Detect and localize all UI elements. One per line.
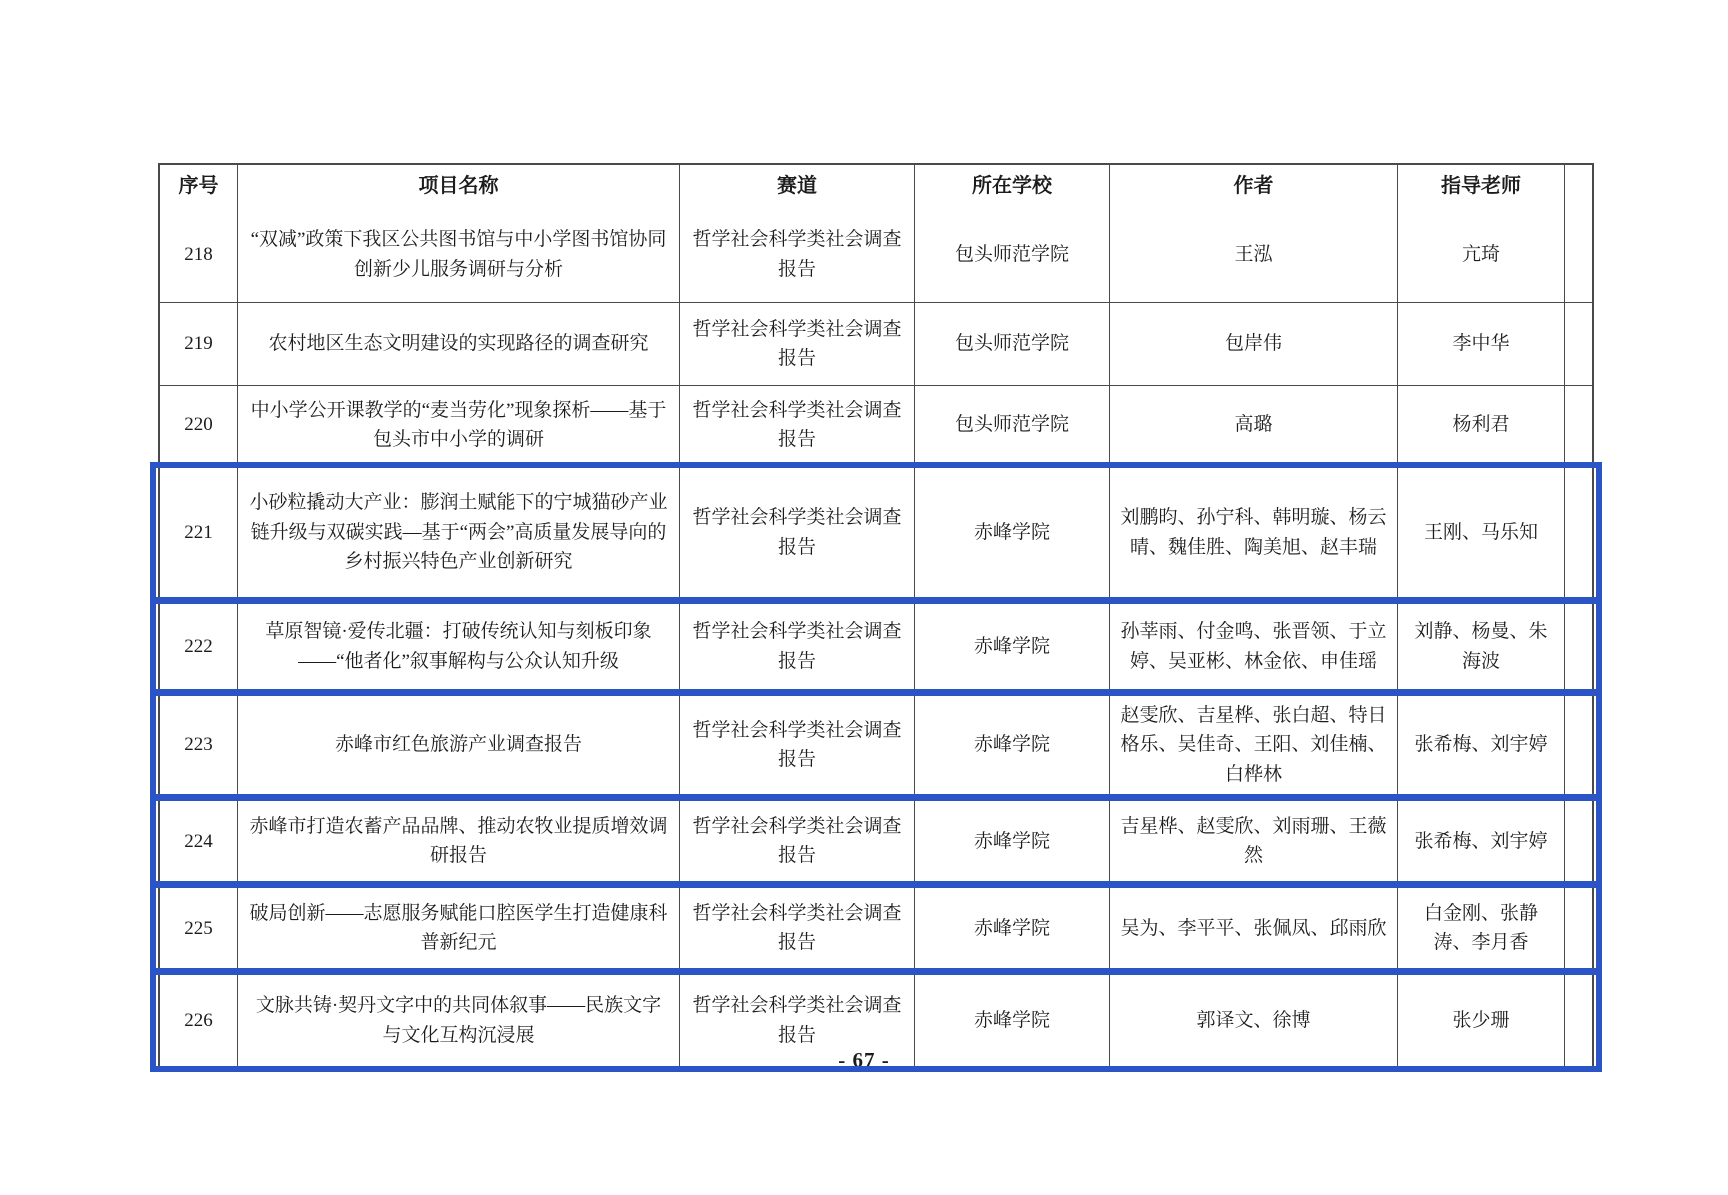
cell-spacer <box>1564 601 1592 692</box>
cell-spacer <box>1564 465 1592 600</box>
cell-authors: 王泓 <box>1109 207 1397 302</box>
cell-spacer <box>1564 798 1592 884</box>
cell-project: 赤峰市红色旅游产业调查报告 <box>237 693 679 797</box>
cell-school: 包头师范学院 <box>914 303 1109 385</box>
cell-no: 221 <box>160 465 237 600</box>
cell-school: 赤峰学院 <box>914 693 1109 797</box>
cell-no: 219 <box>160 303 237 385</box>
cell-project: 小砂粒撬动大产业：膨润土赋能下的宁城猫砂产业链升级与双碳实践—基于“两会”高质量… <box>237 465 679 600</box>
cell-teachers: 刘静、杨曼、朱海波 <box>1397 601 1564 692</box>
document-page: 序号项目名称赛道所在学校作者指导老师 218“双减”政策下我区公共图书馆与中小学… <box>0 0 1728 1195</box>
cell-teachers: 亢琦 <box>1397 207 1564 302</box>
table-header-row: 序号项目名称赛道所在学校作者指导老师 <box>160 165 1592 207</box>
cell-track: 哲学社会科学类社会调查报告 <box>679 798 914 884</box>
cell-no: 224 <box>160 798 237 884</box>
cell-track: 哲学社会科学类社会调查报告 <box>679 465 914 600</box>
cell-no: 225 <box>160 885 237 971</box>
column-header-school: 所在学校 <box>914 165 1109 207</box>
cell-school: 包头师范学院 <box>914 386 1109 464</box>
cell-spacer <box>1564 386 1592 464</box>
cell-teachers: 李中华 <box>1397 303 1564 385</box>
cell-track: 哲学社会科学类社会调查报告 <box>679 303 914 385</box>
table-body: 218“双减”政策下我区公共图书馆与中小学图书馆协同创新少儿服务调研与分析哲学社… <box>160 207 1592 1069</box>
cell-spacer <box>1564 885 1592 971</box>
cell-track: 哲学社会科学类社会调查报告 <box>679 207 914 302</box>
awards-table: 序号项目名称赛道所在学校作者指导老师 218“双减”政策下我区公共图书馆与中小学… <box>158 163 1594 1071</box>
cell-project: 农村地区生态文明建设的实现路径的调查研究 <box>237 303 679 385</box>
table-row-225: 225破局创新——志愿服务赋能口腔医学生打造健康科普新纪元哲学社会科学类社会调查… <box>160 884 1592 971</box>
column-header-project: 项目名称 <box>237 165 679 207</box>
cell-project: 中小学公开课教学的“麦当劳化”现象探析——基于包头市中小学的调研 <box>237 386 679 464</box>
column-header-no: 序号 <box>160 165 237 207</box>
cell-no: 222 <box>160 601 237 692</box>
table-row-221: 221小砂粒撬动大产业：膨润土赋能下的宁城猫砂产业链升级与双碳实践—基于“两会”… <box>160 464 1592 600</box>
cell-teachers: 张希梅、刘宇婷 <box>1397 693 1564 797</box>
cell-school: 赤峰学院 <box>914 465 1109 600</box>
cell-teachers: 杨利君 <box>1397 386 1564 464</box>
cell-no: 223 <box>160 693 237 797</box>
cell-track: 哲学社会科学类社会调查报告 <box>679 386 914 464</box>
cell-teachers: 白金刚、张静涛、李月香 <box>1397 885 1564 971</box>
cell-no: 218 <box>160 207 237 302</box>
cell-authors: 包岸伟 <box>1109 303 1397 385</box>
cell-authors: 高璐 <box>1109 386 1397 464</box>
table-row-218: 218“双减”政策下我区公共图书馆与中小学图书馆协同创新少儿服务调研与分析哲学社… <box>160 207 1592 302</box>
cell-teachers: 张希梅、刘宇婷 <box>1397 798 1564 884</box>
cell-track: 哲学社会科学类社会调查报告 <box>679 693 914 797</box>
page-number: - 67 - <box>0 1048 1728 1073</box>
table-row-220: 220中小学公开课教学的“麦当劳化”现象探析——基于包头市中小学的调研哲学社会科… <box>160 385 1592 464</box>
cell-authors: 刘鹏昀、孙宁科、韩明璇、杨云晴、魏佳胜、陶美旭、赵丰瑞 <box>1109 465 1397 600</box>
cell-track: 哲学社会科学类社会调查报告 <box>679 885 914 971</box>
cell-school: 赤峰学院 <box>914 798 1109 884</box>
cell-teachers: 王刚、马乐知 <box>1397 465 1564 600</box>
cell-project: 草原智镜·爱传北疆：打破传统认知与刻板印象——“他者化”叙事解构与公众认知升级 <box>237 601 679 692</box>
cell-school: 赤峰学院 <box>914 601 1109 692</box>
cell-track: 哲学社会科学类社会调查报告 <box>679 601 914 692</box>
cell-authors: 吉星桦、赵雯欣、刘雨珊、王薇然 <box>1109 798 1397 884</box>
cell-school: 包头师范学院 <box>914 207 1109 302</box>
cell-project: 赤峰市打造农蓄产品品牌、推动农牧业提质增效调研报告 <box>237 798 679 884</box>
table-row-224: 224赤峰市打造农蓄产品品牌、推动农牧业提质增效调研报告哲学社会科学类社会调查报… <box>160 797 1592 884</box>
cell-project: “双减”政策下我区公共图书馆与中小学图书馆协同创新少儿服务调研与分析 <box>237 207 679 302</box>
cell-school: 赤峰学院 <box>914 885 1109 971</box>
column-header-authors: 作者 <box>1109 165 1397 207</box>
column-header-track: 赛道 <box>679 165 914 207</box>
cell-no: 220 <box>160 386 237 464</box>
cell-spacer <box>1564 693 1592 797</box>
column-header-spacer <box>1564 165 1592 207</box>
cell-authors: 孙莘雨、付金鸣、张晋领、于立婷、吴亚彬、林金依、申佳瑶 <box>1109 601 1397 692</box>
cell-spacer <box>1564 303 1592 385</box>
cell-spacer <box>1564 207 1592 302</box>
column-header-teachers: 指导老师 <box>1397 165 1564 207</box>
cell-project: 破局创新——志愿服务赋能口腔医学生打造健康科普新纪元 <box>237 885 679 971</box>
cell-authors: 赵雯欣、吉星桦、张白超、特日格乐、吴佳奇、王阳、刘佳楠、白桦林 <box>1109 693 1397 797</box>
table-row-223: 223赤峰市红色旅游产业调查报告哲学社会科学类社会调查报告赤峰学院赵雯欣、吉星桦… <box>160 692 1592 797</box>
table-row-222: 222草原智镜·爱传北疆：打破传统认知与刻板印象——“他者化”叙事解构与公众认知… <box>160 600 1592 692</box>
table-row-219: 219农村地区生态文明建设的实现路径的调查研究哲学社会科学类社会调查报告包头师范… <box>160 302 1592 385</box>
cell-authors: 吴为、李平平、张佩凤、邱雨欣 <box>1109 885 1397 971</box>
